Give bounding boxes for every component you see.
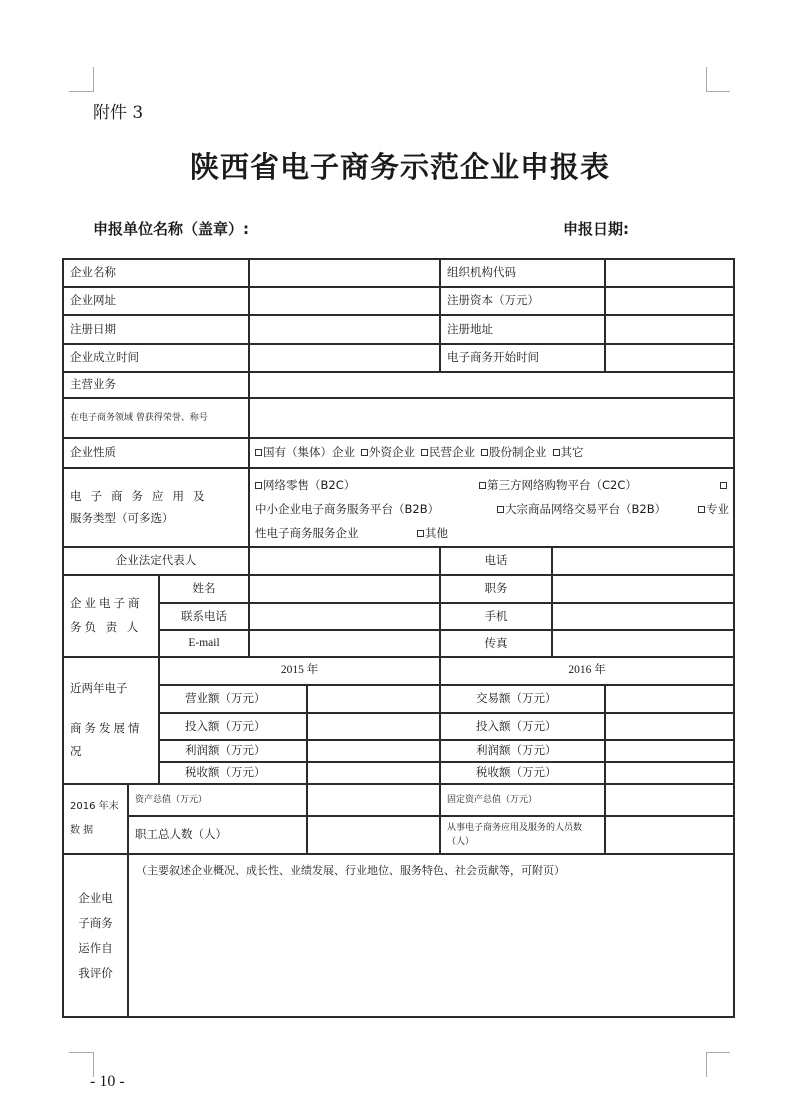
nature-option-other[interactable]: 其它 <box>553 446 584 460</box>
fixed-assets-field[interactable] <box>606 785 733 815</box>
label-2015-profit: 利润额（万元） <box>160 741 306 761</box>
self-evaluation-hint: （主要叙述企业概况、成长性、业绩发展、行业地位、服务特色、社会贡献等，可附页） <box>136 862 565 878</box>
label-email: E-mail <box>160 631 248 656</box>
checkbox-icon[interactable]: 专业 <box>698 497 729 522</box>
label-honors: 在电子商务领域 曾获得荣誉、称号 <box>64 399 248 437</box>
label-position: 职务 <box>441 576 551 602</box>
label-company-nature: 企业性质 <box>64 439 248 467</box>
nature-option-foreign[interactable]: 外资企业 <box>361 446 415 460</box>
label-founding-time: 企业成立时间 <box>64 345 248 371</box>
label-2016-investment: 投入额（万元） <box>441 714 604 739</box>
main-business-field[interactable] <box>250 373 733 397</box>
year-2015-header: 2015 年 <box>160 658 439 684</box>
honors-field[interactable] <box>250 399 733 437</box>
service-option-sme-b2b[interactable]: 中小企业电子商务服务平台（B2B） <box>255 497 439 522</box>
label-ecommerce-start-time: 电子商务开始时间 <box>441 345 604 371</box>
label-service-type: 电子商务应用及 服务类型（可多选） <box>64 469 248 546</box>
label-registration-date: 注册日期 <box>64 316 248 343</box>
label-name: 姓名 <box>160 576 248 602</box>
company-name-field[interactable] <box>250 260 439 286</box>
revenue-2015-field[interactable] <box>308 686 439 712</box>
label-2015-tax: 税收额（万元） <box>160 763 306 783</box>
label-ecommerce-manager: 企业电子商 务负 责 人 <box>64 576 158 656</box>
profit-2015-field[interactable] <box>308 741 439 761</box>
tax-2015-field[interactable] <box>308 763 439 783</box>
employees-field[interactable] <box>308 817 439 853</box>
phone-field[interactable] <box>553 548 733 574</box>
founding-time-field[interactable] <box>250 345 439 371</box>
page-title: 陕西省电子商务示范企业申报表 <box>0 145 800 186</box>
label-main-business: 主营业务 <box>64 373 248 397</box>
label-website: 企业网址 <box>64 288 248 314</box>
checkbox-icon[interactable] <box>481 449 488 456</box>
label-2016-tax: 税收额（万元） <box>441 763 604 783</box>
label-ecommerce-staff: 从事电子商务应用及服务的人员数（人） <box>441 817 604 853</box>
checkbox-icon[interactable] <box>255 449 262 456</box>
label-registered-address: 注册地址 <box>441 316 604 343</box>
service-option-professional[interactable]: 性电子商务服务企业 <box>255 521 359 546</box>
crop-mark-top-left <box>69 67 94 92</box>
table-border-bottom <box>62 1016 735 1018</box>
position-field[interactable] <box>553 576 733 602</box>
checkbox-icon[interactable] <box>497 506 504 513</box>
transaction-2016-field[interactable] <box>606 686 733 712</box>
label-contact-phone: 联系电话 <box>160 604 248 629</box>
registration-date-field[interactable] <box>250 316 439 343</box>
org-code-field[interactable] <box>606 260 733 286</box>
applicant-name-label: 申报单位名称（盖章）: <box>93 218 249 239</box>
registered-capital-field[interactable] <box>606 288 733 314</box>
service-option-c2c[interactable]: 第三方网络购物平台（C2C） <box>479 473 637 498</box>
self-evaluation-field[interactable] <box>129 880 733 1016</box>
checkbox-icon[interactable] <box>417 530 424 537</box>
website-field[interactable] <box>250 288 439 314</box>
label-2016-profit: 利润额（万元） <box>441 741 604 761</box>
service-option-other[interactable]: 其他 <box>417 521 448 546</box>
label-company-name: 企业名称 <box>64 260 248 286</box>
service-option-b2c[interactable]: 网络零售（B2C） <box>255 473 355 498</box>
nature-option-state-owned[interactable]: 国有（集体）企业 <box>255 446 355 460</box>
label-legal-representative: 企业法定代表人 <box>64 548 248 574</box>
total-assets-field[interactable] <box>308 785 439 815</box>
label-2016-transaction: 交易额（万元） <box>441 686 604 712</box>
mobile-field[interactable] <box>553 604 733 629</box>
label-total-assets: 资产总值（万元） <box>129 785 306 815</box>
service-option-commodity-b2b[interactable]: 大宗商品网络交易平台（B2B） <box>497 497 666 522</box>
crop-mark-bottom-right <box>706 1052 730 1077</box>
investment-2015-field[interactable] <box>308 714 439 739</box>
label-year-end-data: 2016 年末 数 据 <box>64 785 127 853</box>
checkbox-icon[interactable] <box>479 482 486 489</box>
email-field[interactable] <box>250 631 439 656</box>
grid-line <box>62 853 735 855</box>
contact-phone-field[interactable] <box>250 604 439 629</box>
label-mobile: 手机 <box>441 604 551 629</box>
checkbox-icon[interactable] <box>255 482 262 489</box>
investment-2016-field[interactable] <box>606 714 733 739</box>
label-phone: 电话 <box>441 548 551 574</box>
tax-2016-field[interactable] <box>606 763 733 783</box>
label-development: 近两年电子 商务发展情 况 <box>64 658 158 783</box>
manager-name-field[interactable] <box>250 576 439 602</box>
checkbox-icon[interactable] <box>361 449 368 456</box>
legal-representative-field[interactable] <box>250 548 439 574</box>
label-self-evaluation: 企业电 子商务 运作自 我评价 <box>64 855 127 1016</box>
fax-field[interactable] <box>553 631 733 656</box>
checkbox-icon[interactable] <box>720 473 728 498</box>
label-employees: 职工总人数（人） <box>129 817 306 853</box>
label-fixed-assets: 固定资产总值（万元） <box>441 785 604 815</box>
label-2015-revenue: 营业额（万元） <box>160 686 306 712</box>
service-type-options: 网络零售（B2C） 第三方网络购物平台（C2C） 中小企业电子商务服务平台（B2… <box>255 473 730 545</box>
ecommerce-staff-field[interactable] <box>606 817 733 853</box>
profit-2016-field[interactable] <box>606 741 733 761</box>
nature-option-private[interactable]: 民营企业 <box>421 446 475 460</box>
label-fax: 传真 <box>441 631 551 656</box>
nature-option-joint-stock[interactable]: 股份制企业 <box>481 446 547 460</box>
crop-mark-top-right <box>706 67 730 92</box>
ecommerce-start-time-field[interactable] <box>606 345 733 371</box>
company-nature-options: 国有（集体）企业 外资企业 民营企业 股份制企业 其它 <box>250 439 733 467</box>
label-org-code: 组织机构代码 <box>441 260 604 286</box>
label-registered-capital: 注册资本（万元） <box>441 288 604 314</box>
application-date-label: 申报日期: <box>563 218 629 239</box>
registered-address-field[interactable] <box>606 316 733 343</box>
attachment-label: 附件 3 <box>93 98 143 123</box>
label-2015-investment: 投入额（万元） <box>160 714 306 739</box>
checkbox-icon[interactable] <box>553 449 560 456</box>
year-2016-header: 2016 年 <box>441 658 733 684</box>
page-number: - 10 - <box>90 1073 125 1091</box>
checkbox-icon[interactable] <box>421 449 428 456</box>
